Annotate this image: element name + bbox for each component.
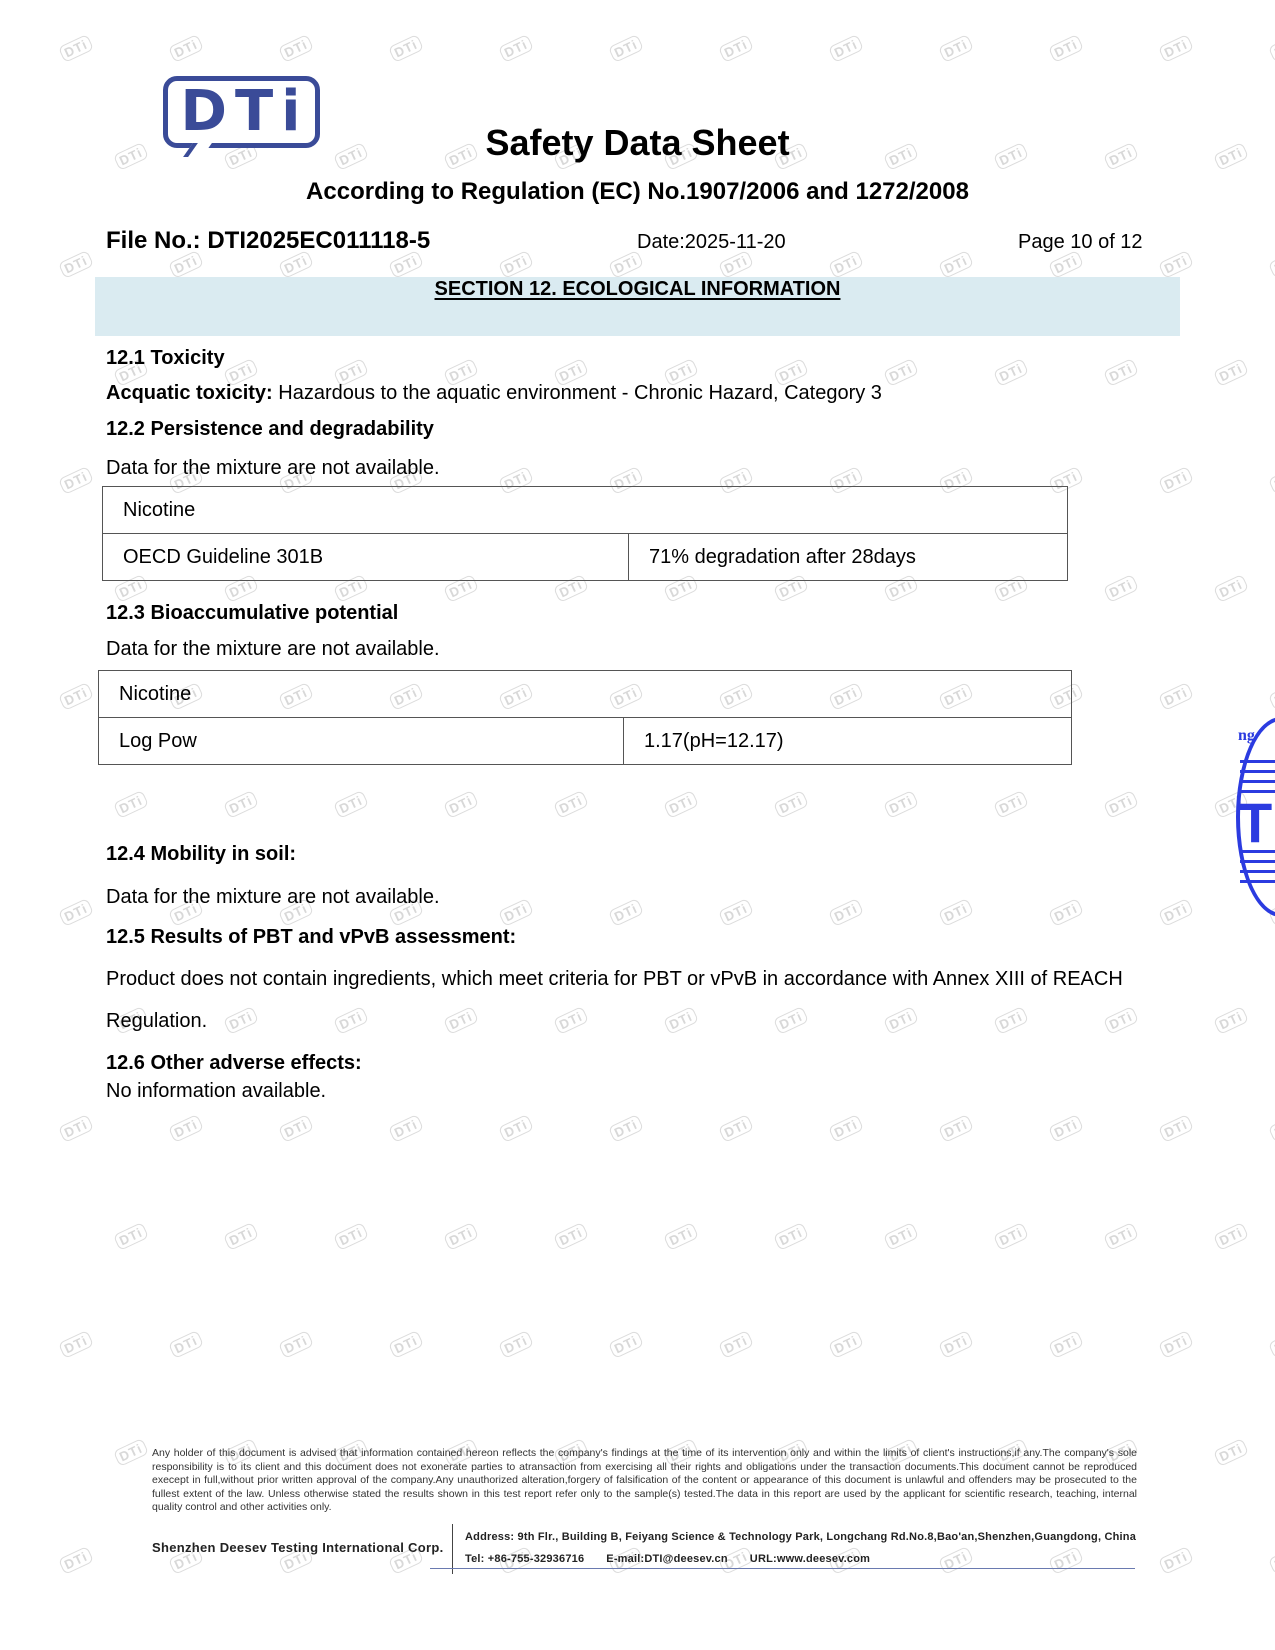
stamp-text: ng [1238, 727, 1255, 745]
bioaccumulative-table: Nicotine Log Pow 1.17(pH=12.17) [98, 670, 1072, 765]
stamp-letter: T [1238, 795, 1272, 851]
document-title: Safety Data Sheet [0, 122, 1275, 164]
table-row: Log Pow 1.17(pH=12.17) [99, 718, 1072, 765]
page-number: Page 10 of 12 [1018, 231, 1143, 254]
document-date: Date:2025-11-20 [637, 231, 786, 254]
aquatic-toxicity-label: Acquatic toxicity: [106, 382, 273, 404]
pbt-text-line-1: Product does not contain ingredients, wh… [106, 968, 1123, 991]
document-subtitle: According to Regulation (EC) No.1907/200… [0, 178, 1275, 206]
persistence-note: Data for the mixture are not available. [106, 457, 440, 480]
parameter-cell: Log Pow [99, 718, 624, 765]
stamp-stripe [1240, 760, 1275, 763]
section-title: SECTION 12. ECOLOGICAL INFORMATION [95, 278, 1180, 301]
footer-contact: Tel: +86-755-32936716E-mail:DTI@deesev.c… [465, 1553, 892, 1565]
other-effects-note: No information available. [106, 1080, 326, 1103]
substance-cell: Nicotine [103, 487, 1068, 534]
mobility-note: Data for the mixture are not available. [106, 886, 440, 909]
file-number: File No.: DTI2025EC011118-5 [106, 227, 430, 255]
aquatic-toxicity-value: Hazardous to the aquatic environment - C… [273, 382, 882, 404]
heading-toxicity: 12.1 Toxicity [106, 347, 225, 370]
heading-pbt: 12.5 Results of PBT and vPvB assessment: [106, 926, 516, 949]
test-method-cell: OECD Guideline 301B [103, 534, 629, 581]
substance-cell: Nicotine [99, 671, 1072, 718]
stamp-stripe [1240, 860, 1275, 863]
heading-mobility: 12.4 Mobility in soil: [106, 843, 296, 866]
bioaccumulative-note: Data for the mixture are not available. [106, 638, 440, 661]
footer-url: URL:www.deesev.com [750, 1553, 870, 1565]
stamp-stripe [1240, 770, 1275, 773]
heading-bioaccumulative: 12.3 Bioaccumulative potential [106, 602, 398, 625]
table-row: OECD Guideline 301B 71% degradation afte… [103, 534, 1068, 581]
footer-rule [430, 1568, 1135, 1569]
heading-persistence: 12.2 Persistence and degradability [106, 418, 434, 441]
stamp-stripe [1240, 850, 1275, 853]
table-row: Nicotine [103, 487, 1068, 534]
test-result-cell: 71% degradation after 28days [629, 534, 1068, 581]
heading-other-effects: 12.6 Other adverse effects: [106, 1052, 362, 1075]
stamp-stripe [1240, 780, 1275, 783]
stamp-stripe [1240, 870, 1275, 873]
footer-address: Address: 9th Flr., Building B, Feiyang S… [465, 1531, 1136, 1543]
table-row: Nicotine [99, 671, 1072, 718]
stamp-stripe [1240, 880, 1275, 883]
persistence-table: Nicotine OECD Guideline 301B 71% degrada… [102, 486, 1068, 581]
pbt-text-line-2: Regulation. [106, 1010, 207, 1033]
footer-email: E-mail:DTI@deesev.cn [606, 1553, 728, 1565]
footer-tel: Tel: +86-755-32936716 [465, 1553, 584, 1565]
footer-divider [452, 1524, 453, 1574]
aquatic-toxicity-line: Acquatic toxicity: Hazardous to the aqua… [106, 382, 882, 405]
parameter-value-cell: 1.17(pH=12.17) [624, 718, 1072, 765]
footer-company: Shenzhen Deesev Testing International Co… [152, 1540, 444, 1555]
footer-disclaimer: Any holder of this document is advised t… [152, 1447, 1137, 1515]
